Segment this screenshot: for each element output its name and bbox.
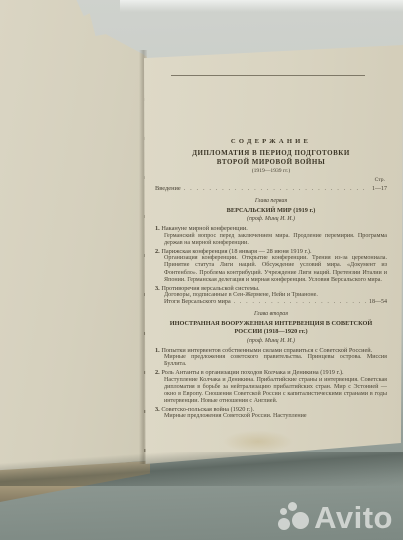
intro-entry: Введение . . . . . . . . . . . . . . . .… xyxy=(155,185,387,192)
item-subsections: Мирные предложения советского правительс… xyxy=(155,354,387,368)
table-of-contents: СОДЕРЖАНИЕ ДИПЛОМАТИЯ В ПЕРИОД ПОДГОТОВК… xyxy=(155,138,387,421)
chapter1-dot-leader: . . . . . . . . . . . . . . . . . . . . … xyxy=(234,299,366,305)
item-subsections: Германский вопрос перед заключением мира… xyxy=(155,233,387,247)
item-subsections: Договоры, подписанные в Сен-Жермене, Ней… xyxy=(155,292,387,299)
toc-item: 1. Попытки интервентов собственными сила… xyxy=(155,347,387,368)
chapter1-title: ВЕРСАЛЬСКИЙ МИР (1919 г.) xyxy=(155,207,387,215)
item-title: Попытки интервентов собственными силами … xyxy=(161,347,372,354)
book-title: ДИПЛОМАТИЯ В ПЕРИОД ПОДГОТОВКИ ВТОРОЙ МИ… xyxy=(155,149,387,166)
item-title: Роль Антанты в организации походов Колча… xyxy=(161,369,343,376)
item-number: 2. xyxy=(155,248,160,255)
intro-dot-leader: . . . . . . . . . . . . . . . . . . . . … xyxy=(184,185,369,192)
book-photo-scene: СОДЕРЖАНИЕ ДИПЛОМАТИЯ В ПЕРИОД ПОДГОТОВК… xyxy=(0,0,403,540)
chapter2-kicker: Глава вторая xyxy=(155,311,387,317)
chapter1-tail-label: Итоги Версальского мира xyxy=(164,299,231,305)
intro-label: Введение xyxy=(155,185,181,192)
item-number: 1. xyxy=(155,347,160,354)
book-title-line1: ДИПЛОМАТИЯ В ПЕРИОД ПОДГОТОВКИ xyxy=(155,149,387,158)
toc-item: 2. Роль Антанты в организации походов Ко… xyxy=(155,369,387,404)
item-subsections: Мирные предложения Советской России. Нас… xyxy=(155,413,387,420)
toc-item: 2. Парижская конференция (18 января — 28… xyxy=(155,248,387,283)
toc-item: 3. Противоречия версальской системы. Дог… xyxy=(155,285,387,305)
item-number: 1. xyxy=(155,225,160,232)
chapter1-pages-entry: Итоги Версальского мира . . . . . . . . … xyxy=(155,299,387,305)
chapter1-author: (проф. Минц И. И.) xyxy=(155,216,387,222)
item-subsections: Наступление Колчака и Деникина. Прибалти… xyxy=(155,377,387,405)
book-title-years: (1919—1939 гг.) xyxy=(155,168,387,174)
contents-heading: СОДЕРЖАНИЕ xyxy=(155,138,387,145)
avito-logo-icon xyxy=(278,501,309,534)
chapter2-author: (проф. Минц И. И.) xyxy=(155,338,387,344)
toc-item: 1. Накануне мирной конференции. Германск… xyxy=(155,225,387,246)
intro-pages: 1—17 xyxy=(372,186,387,192)
book-title-line2: ВТОРОЙ МИРОВОЙ ВОЙНЫ xyxy=(155,158,387,167)
book-cast-shadow xyxy=(0,452,403,486)
book-right-page: СОДЕРЖАНИЕ ДИПЛОМАТИЯ В ПЕРИОД ПОДГОТОВК… xyxy=(144,45,403,467)
chapter2-title: ИНОСТРАННАЯ ВООРУЖЕННАЯ ИНТЕРВЕНЦИЯ В СО… xyxy=(155,320,387,336)
avito-watermark: Avito xyxy=(278,501,393,534)
page-column-header: Стр. xyxy=(155,177,387,183)
book-left-page xyxy=(0,0,147,474)
avito-watermark-text: Avito xyxy=(314,502,393,533)
chapter1-pages: 18—54 xyxy=(369,299,387,305)
page-header-rule xyxy=(171,75,365,76)
item-subsections: Организация конференции. Открытие конфер… xyxy=(155,255,387,283)
chapter1-kicker: Глава первая xyxy=(155,198,387,204)
item-title: Накануне мирной конференции. xyxy=(161,225,247,232)
toc-item: 3. Советско-польская война (1920 г.). Ми… xyxy=(155,406,387,420)
item-number: 3. xyxy=(155,285,160,292)
item-number: 2. xyxy=(155,369,160,376)
item-number: 3. xyxy=(155,406,160,413)
